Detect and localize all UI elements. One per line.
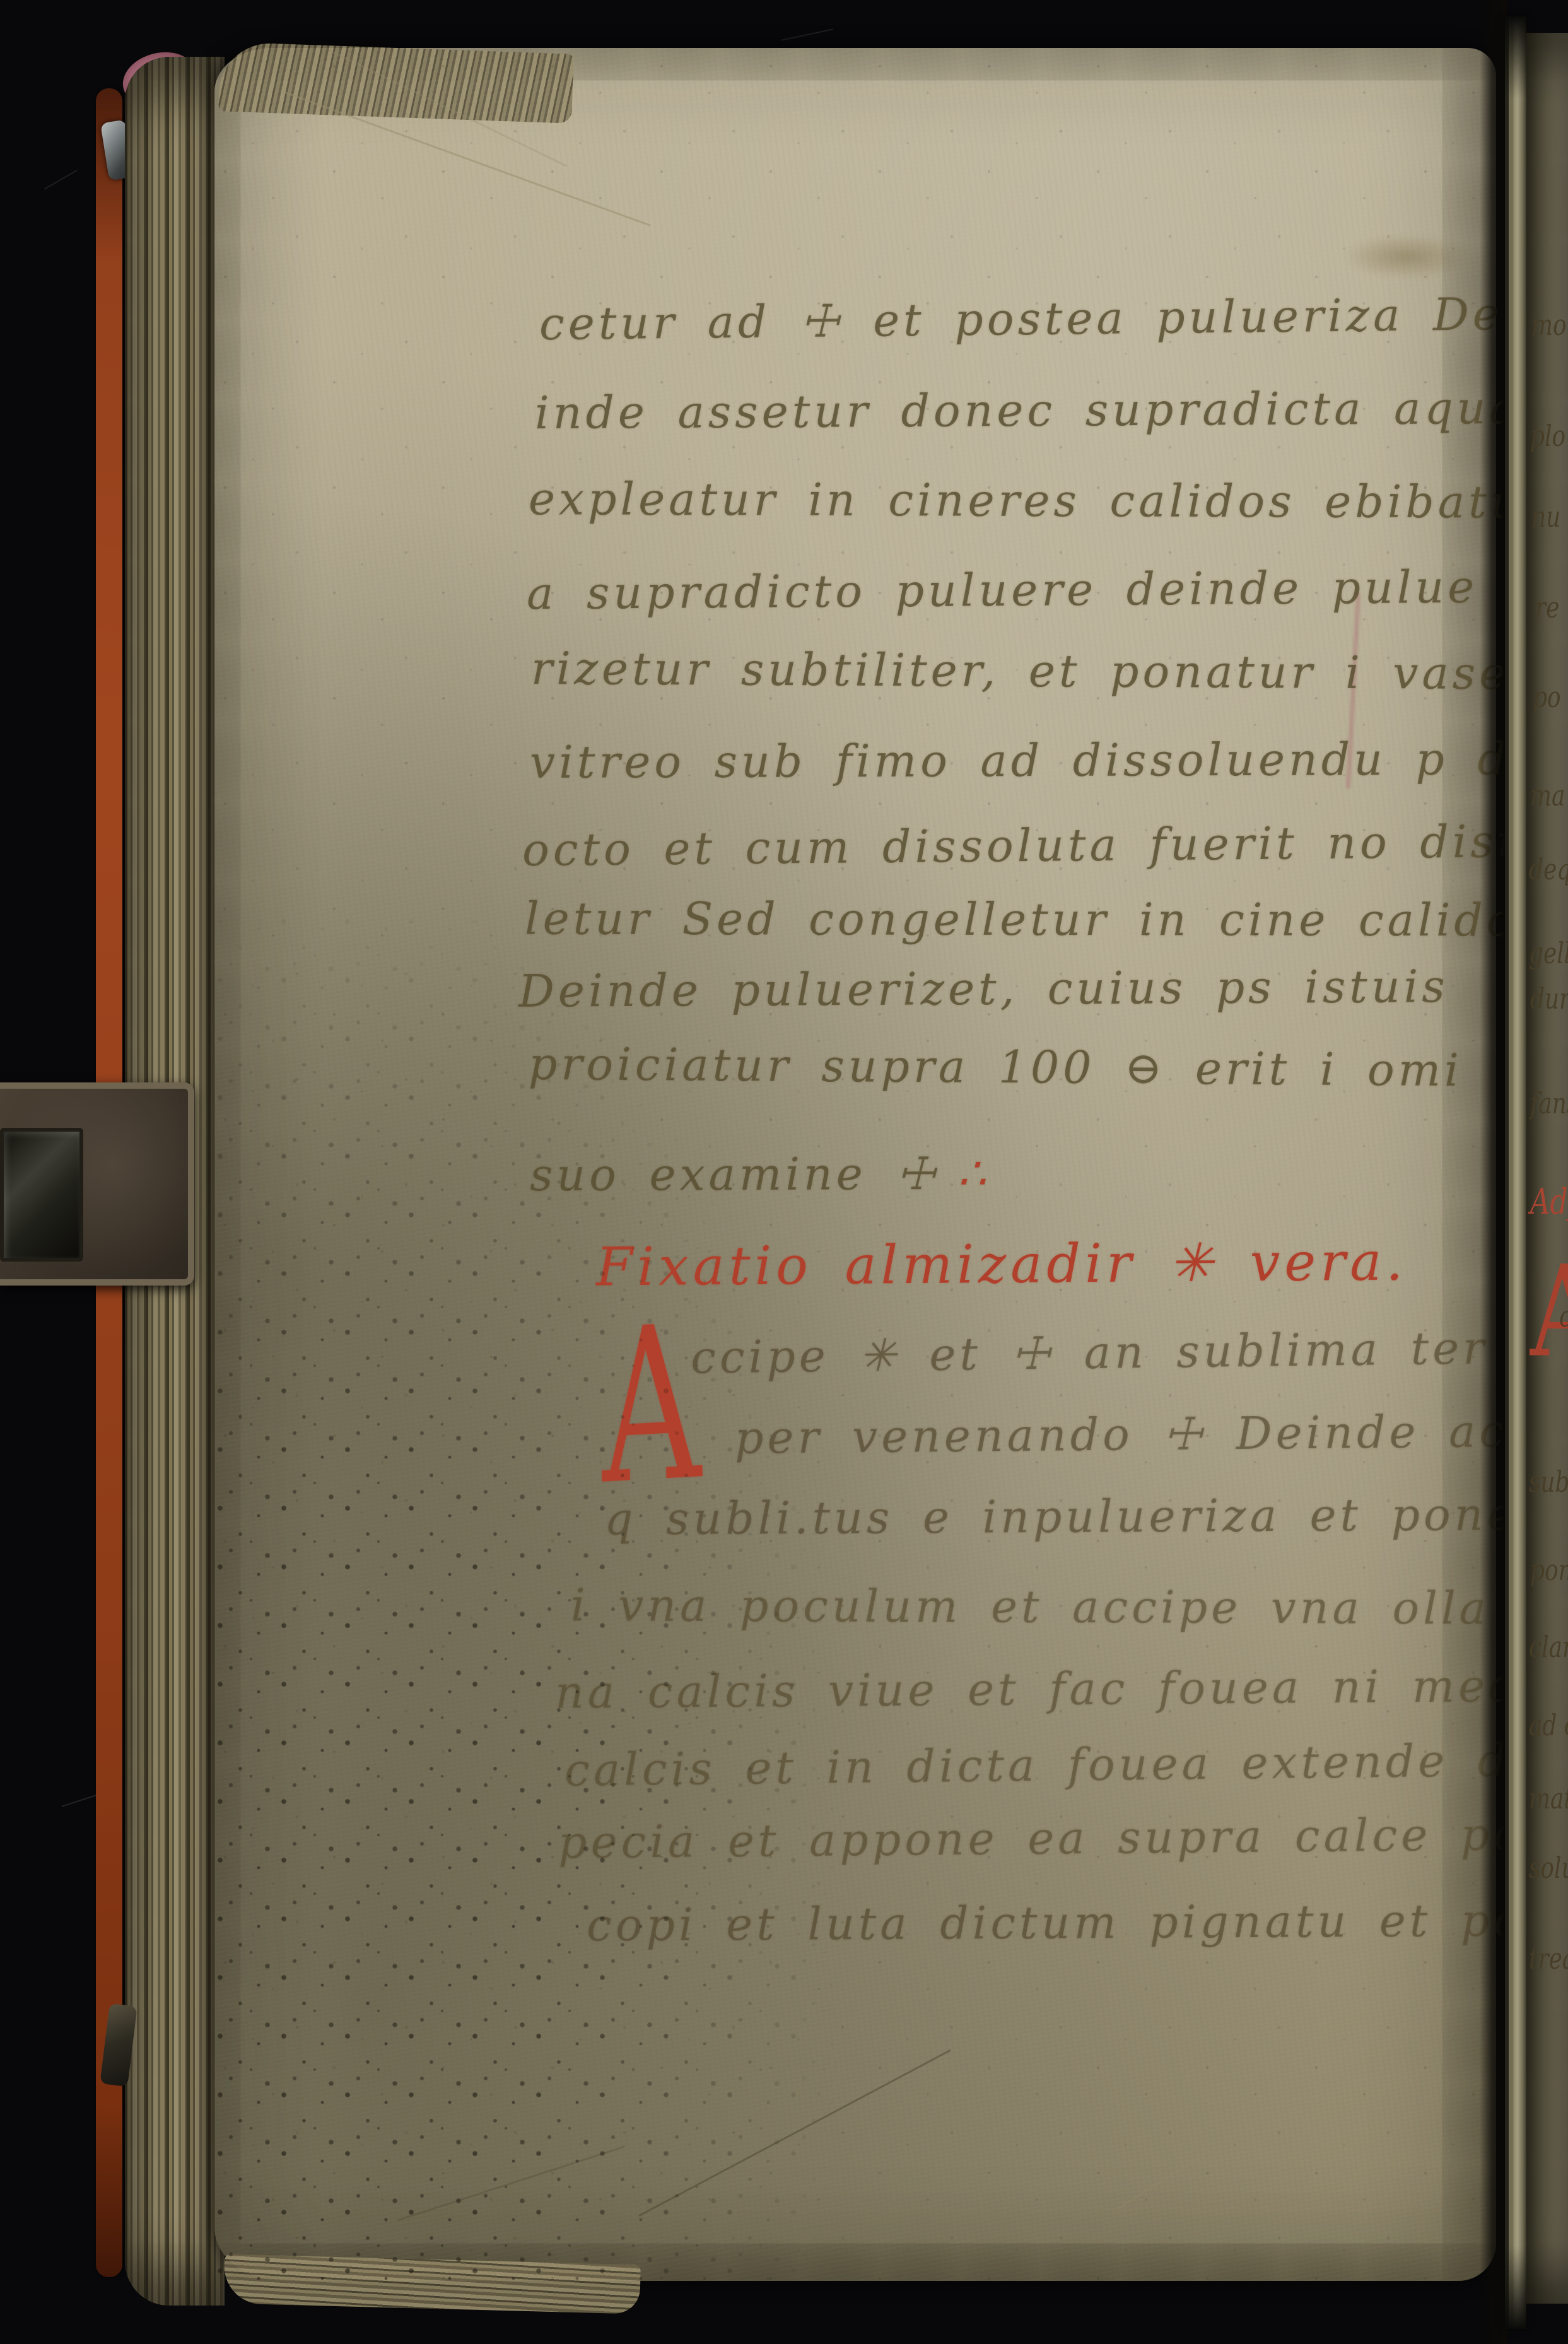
page-fragment: fans (1530, 1089, 1568, 1118)
page-fragment: dun (1530, 984, 1568, 1013)
page-fragment-red: Adf (1530, 1185, 1568, 1220)
facing-page-edge: mo plo nu re po ma deq gello dun fans Ad… (1526, 33, 1568, 2304)
gutter-bar-shade-bottom (1505, 2246, 1526, 2329)
page-fragment: co (1559, 1302, 1568, 1331)
page-fragment: treata (1529, 1944, 1568, 1973)
gutter-bar (1505, 16, 1526, 2329)
leather-strap (0, 1082, 194, 1286)
page-fragment: solue (1529, 1853, 1568, 1882)
backdrop-scratch (44, 170, 78, 190)
light-speckling (214, 48, 1496, 2281)
page-fragment: pone (1530, 1556, 1568, 1585)
page-fragment: mate (1529, 1784, 1568, 1813)
page-fragment: nu (1531, 502, 1560, 531)
backdrop-scratch (781, 28, 834, 40)
page-fragment: deq (1529, 855, 1568, 884)
page-fragment: po (1533, 683, 1561, 712)
page-fragment: ad con (1529, 1711, 1568, 1740)
page-fragment: ma (1530, 781, 1565, 810)
gutter-bar-shade-top (1505, 16, 1526, 98)
page-fragment: clara (1529, 1632, 1568, 1661)
manuscript-photo: cetur ad ☩ et postea pulueriza De- inde … (0, 0, 1568, 2344)
page-fragment: plo (1530, 421, 1565, 450)
page-fragment: re (1535, 593, 1559, 622)
page-fragment: sub co (1529, 1467, 1568, 1496)
gutter-shadow (1480, 0, 1507, 2344)
page-fragment: gello (1529, 939, 1568, 968)
page-fragment: mo (1531, 310, 1567, 339)
strap-buckle (0, 1128, 83, 1262)
